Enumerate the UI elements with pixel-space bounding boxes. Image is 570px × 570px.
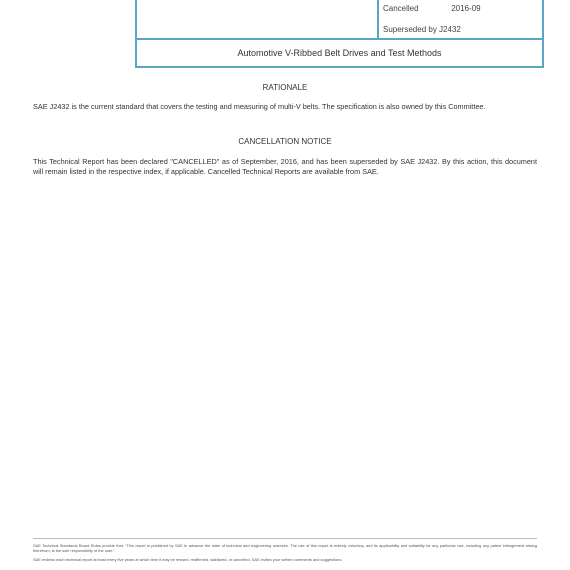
footer-divider [33, 538, 537, 539]
footer-line-1: SAE Technical Standards Board Rules prov… [33, 543, 537, 553]
document-header-box: TECHNICAL REPORT Cancelled 2016-09 Super… [135, 0, 544, 68]
rationale-text: SAE J2432 is the current standard that c… [33, 102, 537, 112]
header-top-row: TECHNICAL REPORT Cancelled 2016-09 Super… [137, 0, 542, 40]
status-row: Cancelled 2016-09 [383, 4, 481, 13]
cancellation-text: This Technical Report has been declared … [33, 157, 537, 177]
header-status-cell: Cancelled 2016-09 Superseded by J2432 [379, 0, 542, 38]
header-left-cell: TECHNICAL REPORT [137, 0, 379, 38]
cancellation-heading: CANCELLATION NOTICE [0, 137, 570, 146]
rationale-heading: RATIONALE [0, 83, 570, 92]
document-title: Automotive V-Ribbed Belt Drives and Test… [137, 40, 542, 66]
status-label: Cancelled [383, 4, 449, 13]
footer-line-2: SAE reviews each technical report at lea… [33, 557, 537, 562]
superseded-by: Superseded by J2432 [383, 25, 461, 34]
header-cut-text: TECHNICAL REPORT [149, 0, 229, 2]
status-date: 2016-09 [451, 4, 480, 13]
